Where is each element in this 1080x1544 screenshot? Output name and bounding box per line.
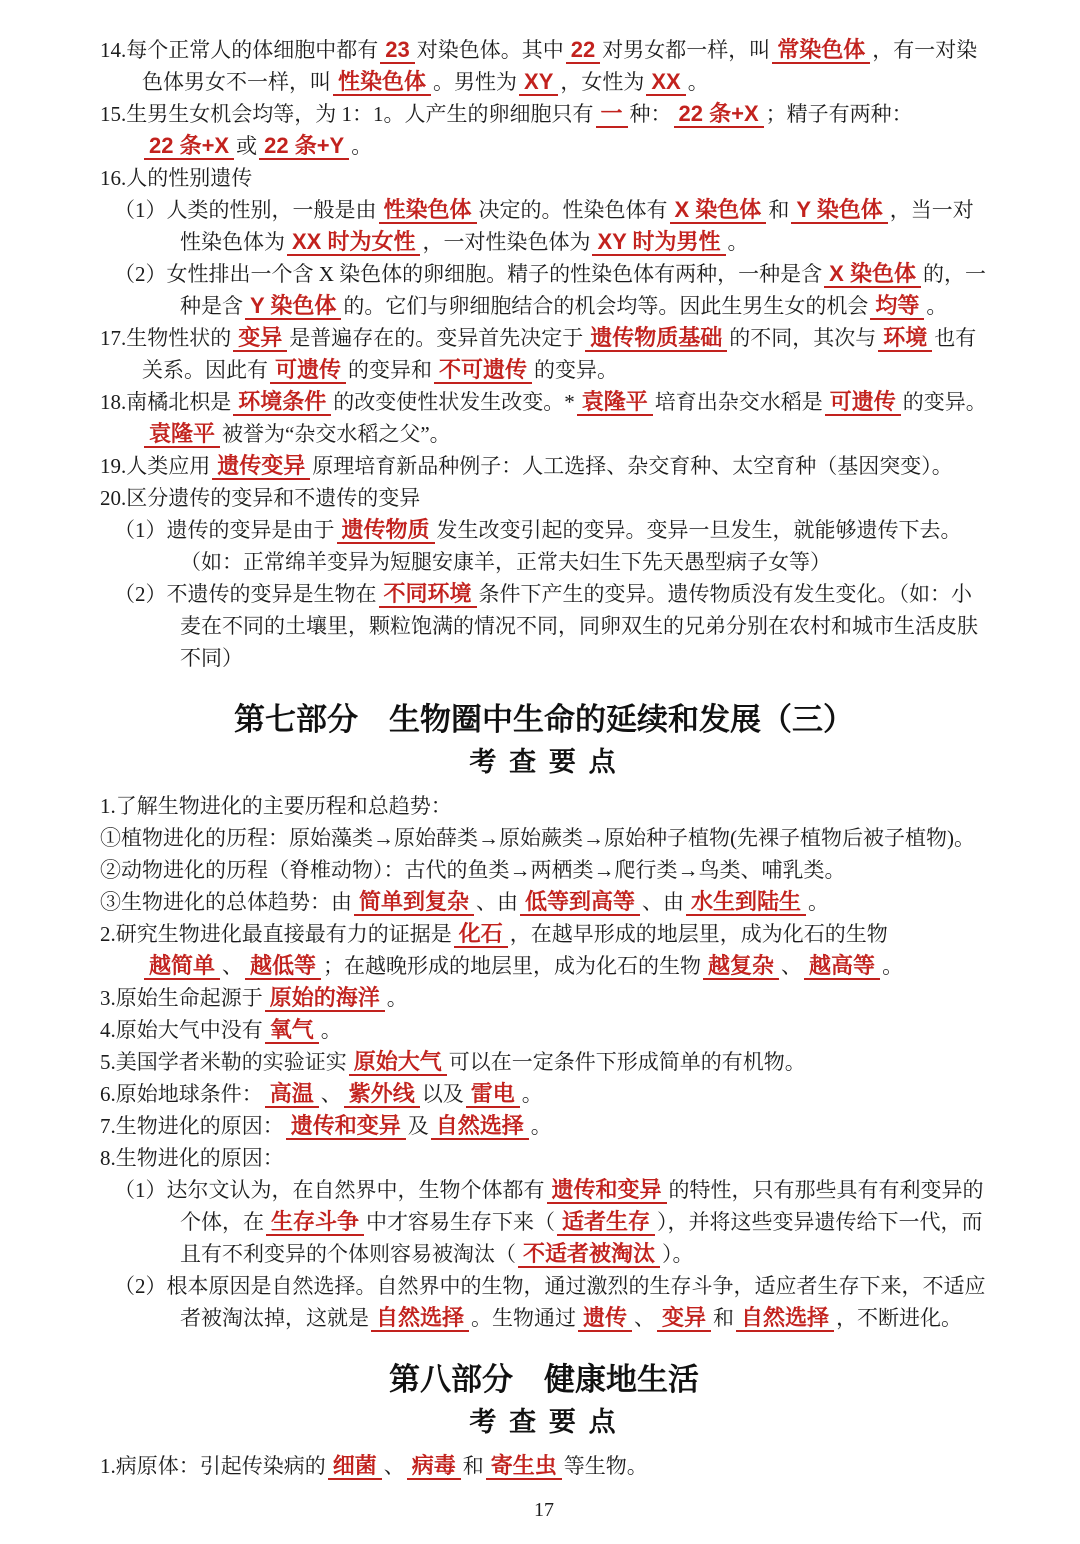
answer-blank: X 染色体	[670, 197, 767, 224]
document-page: 14.每个正常人的体细胞中都有23对染色体。其中22对男女都一样，叫常染色体，有…	[0, 0, 1080, 1544]
item-number: （1）	[114, 198, 167, 222]
text-segment: 原理培育新品种例子：人工选择、杂交育种、太空育种（基因突变）。	[312, 454, 953, 478]
answer-blank: 均等	[870, 293, 924, 320]
answer-blank: 越高等	[804, 953, 880, 980]
answer-blank: 23	[380, 37, 414, 64]
text-segment: ，不断进化。	[836, 1306, 962, 1330]
list-item: 5.美国学者米勒的实验证实原始大气可以在一定条件下形成简单的有机物。	[100, 1046, 988, 1078]
list-item: 1.病原体：引起传染病的细菌、病毒和寄生虫等生物。	[100, 1450, 988, 1482]
answer-blank: 高温	[265, 1081, 319, 1108]
text-segment: 。	[522, 1082, 543, 1106]
text-segment: 。	[321, 1018, 342, 1042]
text-segment: 被誉为“杂交水稻之父”。	[222, 422, 451, 446]
text-segment: ③生物进化的总体趋势：由	[100, 890, 352, 914]
item-number: （1）	[114, 518, 167, 542]
answer-blank: 22 条+Y	[259, 133, 349, 160]
text-segment: 、由	[642, 890, 684, 914]
list-item: 18.南橘北枳是环境条件的改变使性状发生改变。*袁隆平培育出杂交水稻是可遗传的变…	[100, 386, 988, 450]
answer-blank: 水生到陆生	[686, 889, 806, 916]
text-segment: 。	[387, 986, 408, 1010]
answer-blank: XY 时为男性	[592, 229, 725, 256]
text-segment: 和	[768, 198, 789, 222]
list-item: ③生物进化的总体趋势：由简单到复杂、由低等到高等、由水生到陆生。	[100, 886, 988, 918]
sub-item: （1）遗传的变异是由于遗传物质发生改变引起的变异。变异一旦发生，就能够遗传下去。…	[114, 514, 988, 578]
text-segment: 等生物。	[564, 1454, 648, 1478]
answer-blank: 变异	[233, 325, 287, 352]
answer-blank: 不适者被淘汰	[518, 1241, 660, 1268]
sub-item: （2）不遗传的变异是生物在不同环境条件下产生的变异。遗传物质没有发生变化。（如：…	[114, 578, 988, 674]
text-segment: 。	[531, 1114, 552, 1138]
text-segment: 。男性为	[433, 70, 517, 94]
list-item: 16.人的性别遗传	[100, 162, 988, 194]
text-segment: 。	[728, 230, 749, 254]
item-number: 8.	[100, 1146, 116, 1170]
list-item: 6.原始地球条件：高温、紫外线以及雷电。	[100, 1078, 988, 1110]
text-segment: ，女性为	[560, 70, 644, 94]
text-segment: ①植物进化的历程：原始藻类→原始薛类→原始蕨类→原始种子植物(先裸子植物后被子植…	[100, 826, 975, 850]
answer-blank: 不同环境	[379, 581, 477, 608]
answer-blank: 细菌	[328, 1453, 382, 1480]
text-segment: 和	[713, 1306, 734, 1330]
text-segment: 的变异。	[903, 390, 987, 414]
text-segment: 、	[781, 954, 802, 978]
answer-blank: XX 时为女性	[287, 229, 420, 256]
answer-blank: 22	[566, 37, 600, 64]
answer-blank: 寄生虫	[486, 1453, 562, 1480]
text-segment: 、	[384, 1454, 405, 1478]
list-item: 19.人类应用遗传变异原理培育新品种例子：人工选择、杂交育种、太空育种（基因突变…	[100, 450, 988, 482]
answer-blank: 22 条+X	[144, 133, 234, 160]
text-segment: 。生物通过	[471, 1306, 576, 1330]
answer-blank: 自然选择	[371, 1305, 469, 1332]
item-number: 14.	[100, 38, 126, 62]
answer-blank: 一	[596, 101, 628, 128]
answer-blank: 越低等	[245, 953, 321, 980]
text-segment: 。	[926, 294, 947, 318]
sub-item: （1）人类的性别，一般是由性染色体决定的。性染色体有X 染色体和Y 染色体，当一…	[114, 194, 988, 258]
answer-blank: 遗传变异	[212, 453, 310, 480]
text-segment: 、	[634, 1306, 655, 1330]
document-body: 14.每个正常人的体细胞中都有23对染色体。其中22对男女都一样，叫常染色体，有…	[100, 34, 988, 1482]
answer-blank: 简单到复杂	[354, 889, 474, 916]
text-segment: 的改变使性状发生改变。*	[333, 390, 575, 414]
text-segment: 及	[408, 1114, 429, 1138]
item-number: 4.	[100, 1018, 116, 1042]
text-segment: 以及	[422, 1082, 464, 1106]
answer-blank: 遗传和变异	[547, 1177, 667, 1204]
answer-blank: 遗传和变异	[286, 1113, 406, 1140]
answer-blank: Y 染色体	[245, 293, 341, 320]
answer-blank: 袁隆平	[144, 421, 220, 448]
answer-blank: 自然选择	[431, 1113, 529, 1140]
text-segment: 生男生女机会均等，为 1：1。人产生的卵细胞只有	[126, 102, 593, 126]
text-segment: 、	[222, 954, 243, 978]
answer-blank: 遗传物质	[337, 517, 435, 544]
section-heading: 第七部分 生物圈中生命的延续和发展（三）	[100, 698, 988, 742]
text-segment: 遗传的变异是由于	[167, 518, 335, 542]
list-item: 14.每个正常人的体细胞中都有23对染色体。其中22对男女都一样，叫常染色体，有…	[100, 34, 988, 98]
text-segment: 研究生物进化最直接最有力的证据是	[116, 922, 452, 946]
answer-blank: 原始大气	[349, 1049, 447, 1076]
section-subheading: 考 查 要 点	[100, 742, 988, 782]
item-number: 2.	[100, 922, 116, 946]
answer-blank: 可遗传	[825, 389, 901, 416]
list-item: 15.生男生女机会均等，为 1：1。人产生的卵细胞只有一种：22 条+X；精子有…	[100, 98, 988, 162]
text-segment: 南橘北枳是	[126, 390, 231, 414]
answer-blank: 越复杂	[703, 953, 779, 980]
text-segment: 了解生物进化的主要历程和总趋势：	[116, 794, 452, 818]
answer-blank: 袁隆平	[577, 389, 653, 416]
answer-blank: Y 染色体	[791, 197, 887, 224]
text-segment: 或	[236, 134, 257, 158]
item-number: 6.	[100, 1082, 116, 1106]
item-number: 15.	[100, 102, 126, 126]
list-item: ①植物进化的历程：原始藻类→原始薛类→原始蕨类→原始种子植物(先裸子植物后被子植…	[100, 822, 988, 854]
answer-blank: XY	[519, 69, 558, 96]
text-segment: 。	[808, 890, 829, 914]
section-heading: 第八部分 健康地生活	[100, 1358, 988, 1402]
text-segment: 。	[351, 134, 372, 158]
answer-blank: 适者生存	[557, 1209, 655, 1236]
page-number: 17	[100, 1494, 988, 1544]
text-segment: 原始生命起源于	[116, 986, 263, 1010]
text-segment: 种：	[630, 102, 672, 126]
answer-blank: 雷电	[466, 1081, 520, 1108]
text-segment: ②动物进化的历程（脊椎动物）：古代的鱼类→两栖类→爬行类→鸟类、哺乳类。	[100, 858, 846, 882]
answer-blank: 遗传	[578, 1305, 632, 1332]
list-item: 20.区分遗传的变异和不遗传的变异	[100, 482, 988, 514]
answer-blank: 变异	[657, 1305, 711, 1332]
text-segment: ；精子有两种：	[766, 102, 913, 126]
text-segment: ；在越晚形成的地层里，成为化石的生物	[323, 954, 701, 978]
list-item: 3.原始生命起源于原始的海洋。	[100, 982, 988, 1014]
text-segment: 中才容易生存下来（	[366, 1210, 555, 1234]
item-number: 17.	[100, 326, 126, 350]
sub-item: （1）达尔文认为，在自然界中，生物个体都有遗传和变异的特性，只有那些具有有利变异…	[114, 1174, 988, 1270]
item-number: （2）	[114, 1274, 167, 1298]
list-item: 8.生物进化的原因：	[100, 1142, 988, 1174]
list-item: 2.研究生物进化最直接最有力的证据是化石，在越早形成的地层里，成为化石的生物越简…	[100, 918, 988, 982]
text-segment: 女性排出一个含 X 染色体的卵细胞。精子的性染色体有两种，一种是含	[167, 262, 823, 286]
answer-blank: 自然选择	[736, 1305, 834, 1332]
text-segment: 的不同，其次与	[729, 326, 876, 350]
answer-blank: 紫外线	[344, 1081, 420, 1108]
text-segment: 达尔文认为，在自然界中，生物个体都有	[167, 1178, 545, 1202]
answer-blank: 低等到高等	[520, 889, 640, 916]
text-segment: 美国学者米勒的实验证实	[116, 1050, 347, 1074]
text-segment: 生物性状的	[126, 326, 231, 350]
text-segment: ）。	[662, 1242, 694, 1266]
sub-item: （2）女性排出一个含 X 染色体的卵细胞。精子的性染色体有两种，一种是含X 染色…	[114, 258, 988, 322]
answer-blank: 性染色体	[333, 69, 431, 96]
answer-blank: 遗传物质基础	[585, 325, 727, 352]
text-segment: 病原体：引起传染病的	[116, 1454, 326, 1478]
list-item: 4.原始大气中没有氧气。	[100, 1014, 988, 1046]
list-item: 1.了解生物进化的主要历程和总趋势：	[100, 790, 988, 822]
item-number: 18.	[100, 390, 126, 414]
item-number: 1.	[100, 1454, 116, 1478]
text-segment: 、	[321, 1082, 342, 1106]
text-segment: 的变异和	[348, 358, 432, 382]
item-number: （1）	[114, 1178, 167, 1202]
text-segment: 培育出杂交水稻是	[655, 390, 823, 414]
answer-blank: 越简单	[144, 953, 220, 980]
text-segment: 人的性别遗传	[126, 166, 252, 190]
answer-blank: 性染色体	[379, 197, 477, 224]
answer-blank: 22 条+X	[674, 101, 764, 128]
list-item: 7.生物进化的原因：遗传和变异及自然选择。	[100, 1110, 988, 1142]
list-item: ②动物进化的历程（脊椎动物）：古代的鱼类→两栖类→爬行类→鸟类、哺乳类。	[100, 854, 988, 886]
answer-blank: 生存斗争	[266, 1209, 364, 1236]
text-segment: 是普遍存在的。变异首先决定于	[289, 326, 583, 350]
text-segment: ，一对性染色体为	[422, 230, 590, 254]
answer-blank: 病毒	[407, 1453, 461, 1480]
answer-blank: 化石	[454, 921, 508, 948]
section-subheading: 考 查 要 点	[100, 1402, 988, 1442]
answer-blank: 原始的海洋	[265, 985, 385, 1012]
text-segment: 原始地球条件：	[116, 1082, 263, 1106]
answer-blank: XX	[646, 69, 685, 96]
list-item: 17.生物性状的变异是普遍存在的。变异首先决定于遗传物质基础的不同，其次与环境也…	[100, 322, 988, 386]
answer-blank: 可遗传	[270, 357, 346, 384]
item-number: 1.	[100, 794, 116, 818]
item-number: 7.	[100, 1114, 116, 1138]
item-number: 20.	[100, 486, 126, 510]
text-segment: 的变异。	[534, 358, 618, 382]
sub-item: （2）根本原因是自然选择。自然界中的生物，通过激烈的生存斗争，适应者生存下来，不…	[114, 1270, 988, 1334]
item-number: 3.	[100, 986, 116, 1010]
text-segment: 不遗传的变异是生物在	[167, 582, 377, 606]
text-segment: 对男女都一样，叫	[602, 38, 770, 62]
answer-blank: 环境	[878, 325, 932, 352]
text-segment: 。	[882, 954, 903, 978]
text-segment: 区分遗传的变异和不遗传的变异	[126, 486, 420, 510]
text-segment: 每个正常人的体细胞中都有	[126, 38, 378, 62]
item-number: （2）	[114, 582, 167, 606]
text-segment: 可以在一定条件下形成简单的有机物。	[449, 1050, 806, 1074]
text-segment: 的。它们与卵细胞结合的机会均等。因此生男生女的机会	[343, 294, 868, 318]
answer-blank: 环境条件	[233, 389, 331, 416]
item-number: 19.	[100, 454, 126, 478]
answer-blank: 常染色体	[772, 37, 870, 64]
text-segment: ，在越早形成的地层里，成为化石的生物	[510, 922, 888, 946]
answer-blank: X 染色体	[824, 261, 921, 288]
answer-blank: 不可遗传	[434, 357, 532, 384]
item-number: 16.	[100, 166, 126, 190]
item-number: （2）	[114, 262, 167, 286]
text-segment: 和	[463, 1454, 484, 1478]
text-segment: 、由	[476, 890, 518, 914]
text-segment: 原始大气中没有	[116, 1018, 263, 1042]
text-segment: 人类应用	[126, 454, 210, 478]
answer-blank: 氧气	[265, 1017, 319, 1044]
text-segment: 决定的。性染色体有	[479, 198, 668, 222]
text-segment: 。	[688, 70, 709, 94]
text-segment: 对染色体。其中	[417, 38, 564, 62]
text-segment: 生物进化的原因：	[116, 1146, 284, 1170]
item-number: 5.	[100, 1050, 116, 1074]
text-segment: 生物进化的原因：	[116, 1114, 284, 1138]
text-segment: 人类的性别，一般是由	[167, 198, 377, 222]
